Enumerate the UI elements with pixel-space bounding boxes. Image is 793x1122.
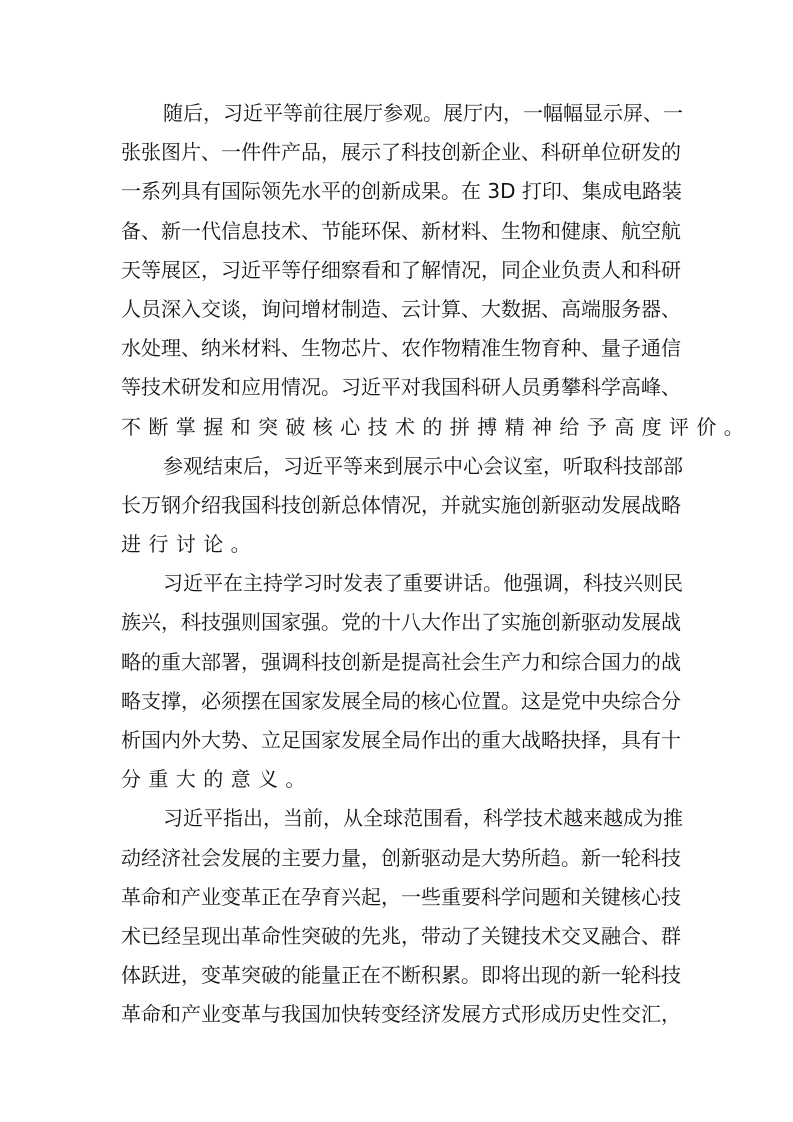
text-line: 张张图片、一件件产品，展示了科技创新企业、科研单位研发的 [121, 133, 671, 172]
text-line: 析国内外大势、立足国家发展全局作出的重大战略抉择，具有十 [121, 721, 671, 760]
text-line: 动经济社会发展的主要力量，创新驱动是大势所趋。新一轮科技 [121, 839, 671, 878]
text-line: 革命和产业变革正在孕育兴起，一些重要科学问题和关键核心技 [121, 878, 671, 917]
text-line: 随后，习近平等前往展厅参观。展厅内，一幅幅显示屏、一 [121, 94, 671, 133]
document-body: 随后，习近平等前往展厅参观。展厅内，一幅幅显示屏、一 张张图片、一件件产品，展示… [121, 94, 671, 1035]
paragraph-speech: 习近平在主持学习时发表了重要讲话。他强调，科技兴则民 族兴，科技强则国家强。党的… [121, 564, 671, 799]
text-line: 天等展区，习近平等仔细察看和了解情况，同企业负责人和科研 [121, 251, 671, 290]
text-line: 参观结束后，习近平等来到展示中心会议室，听取科技部部 [121, 447, 671, 486]
paragraph-exhibition-visit: 随后，习近平等前往展厅参观。展厅内，一幅幅显示屏、一 张张图片、一件件产品，展示… [121, 94, 671, 447]
document-page: 随后，习近平等前往展厅参观。展厅内，一幅幅显示屏、一 张张图片、一件件产品，展示… [0, 0, 793, 1122]
paragraph-global-trends: 习近平指出，当前，从全球范围看，科学技术越来越成为推 动经济社会发展的主要力量，… [121, 799, 671, 1034]
text-line: 体跃进，变革突破的能量正在不断积累。即将出现的新一轮科技 [121, 956, 671, 995]
text-line: 进行讨论。 [121, 525, 671, 564]
text-line: 长万钢介绍我国科技创新总体情况，并就实施创新驱动发展战略 [121, 486, 671, 525]
text-line: 略支撑，必须摆在国家发展全局的核心位置。这是党中央综合分 [121, 682, 671, 721]
text-line: 备、新一代信息技术、节能环保、新材料、生物和健康、航空航 [121, 212, 671, 251]
text-line: 等技术研发和应用情况。习近平对我国科研人员勇攀科学高峰、 [121, 368, 671, 407]
text-line: 习近平指出，当前，从全球范围看，科学技术越来越成为推 [121, 799, 671, 838]
text-line: 略的重大部署，强调科技创新是提高社会生产力和综合国力的战 [121, 643, 671, 682]
text-line: 一系列具有国际领先水平的创新成果。在 3D 打印、集成电路装 [121, 172, 671, 211]
text-line: 分重大的意义。 [121, 760, 671, 799]
text-line: 水处理、纳米材料、生物芯片、农作物精准生物育种、量子通信 [121, 329, 671, 368]
text-line: 不断掌握和突破核心技术的拼搏精神给予高度评价。 [121, 408, 671, 447]
text-line: 习近平在主持学习时发表了重要讲话。他强调，科技兴则民 [121, 564, 671, 603]
text-line: 族兴，科技强则国家强。党的十八大作出了实施创新驱动发展战 [121, 603, 671, 642]
paragraph-meeting-room: 参观结束后，习近平等来到展示中心会议室，听取科技部部 长万钢介绍我国科技创新总体… [121, 447, 671, 565]
text-line: 革命和产业变革与我国加快转变经济发展方式形成历史性交汇， [121, 995, 671, 1034]
text-line: 人员深入交谈，询问增材制造、云计算、大数据、高端服务器、 [121, 290, 671, 329]
text-line: 术已经呈现出革命性突破的先兆，带动了关键技术交叉融合、群 [121, 917, 671, 956]
